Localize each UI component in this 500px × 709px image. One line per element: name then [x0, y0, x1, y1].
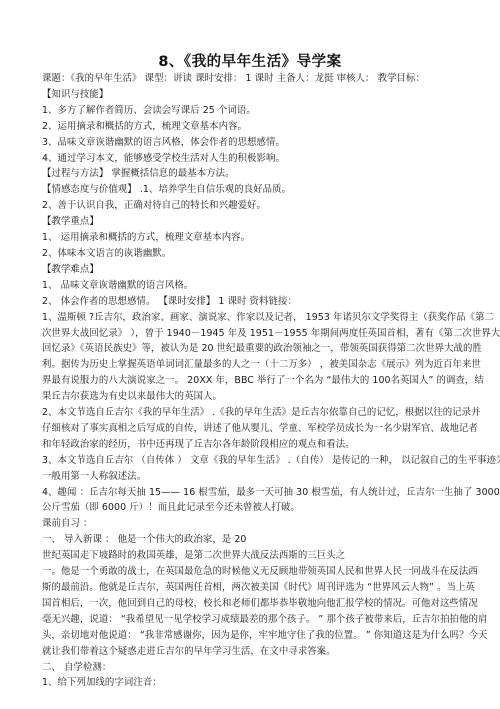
- intro-line: 一、 导入新课 ： 他是一个伟大的政治家，是 20: [42, 532, 462, 548]
- material-line: 仔细核对了事实真相之后写成的自传，讲述了他从婴儿、学童、军校学员成长为一名少尉军…: [42, 421, 462, 437]
- material-line: 1、温斯顿 ?丘吉尔，政治家、画家、演说家、作家以及记者， 1953 年诺贝尔文…: [42, 310, 462, 326]
- document-title: 8、《我的早年生活》导学案: [0, 50, 500, 71]
- material-line: 3、本文节选自丘吉尔 （自传体 ） 文章《我的早年生活》 .（自传） 是传记的一…: [42, 453, 462, 469]
- knowledge-item: 3、品味文章诙谐幽默的语言风格，体会作者的思想感情。: [42, 135, 462, 151]
- knowledge-item: 4、通过学习本文，能够感受学校生活对人生的积极影响。: [42, 151, 462, 167]
- material-line: 次世界大战回忆录》 ），曾于 1940－1945 年及 1951－1955 年期…: [42, 326, 462, 342]
- material-line: 4、趣闻 ：丘吉尔每天抽 15—— 16 根雪茄，最多一天可抽 30 根雪茄，有…: [42, 485, 462, 501]
- document-body: 课题：《我的早年生活》 课型：讲读 课时安排： 1 课时 主备人：龙挺 审核人：…: [42, 71, 462, 691]
- intro-line: 头，亲切地对他说道： “我非常感谢你，因为是你，牢牢地守住了我的位置。 ” 你知…: [42, 628, 462, 644]
- preview-heading: 课前自习 ：: [42, 516, 462, 532]
- intro-line: 一。他是一个勇敢的战士，在英国最危急的时候他义无反顾地带领英国人民和世界人民一同…: [42, 564, 462, 580]
- knowledge-heading: 【知识与技能】: [42, 87, 462, 103]
- intro-line: 就让我们带着这个疑惑走进丘吉尔的早年学习生活，在文中寻求答案。: [42, 644, 462, 660]
- intro-line: 国首相后，一次，他回到自己的母校，校长和老师们都毕恭毕敬地向他汇报学校的情况。可…: [42, 596, 462, 612]
- teaching-key-item: 2、体味本文语言的诙谐幽默。: [42, 246, 462, 262]
- intro-line: 世纪英国走下坡路时的救国英雄，是第二次世界大战反法西斯的三巨头之: [42, 548, 462, 564]
- material-line: 一般用第一人称叙述法。: [42, 469, 462, 485]
- process-method-line: 【过程与方法】 掌握概括信息的最基本方法。: [42, 166, 462, 182]
- material-line: 2、本文节选自丘吉尔《我的早年生活》 .《我的早年生活》是丘吉尔依靠自己的记忆，…: [42, 405, 462, 421]
- emotion-values-item: 2、善于认识自我，正确对待自己的特长和兴趣爱好。: [42, 198, 462, 214]
- material-line: 界最有说服力的八大演说家之一。 20XX 年，BBC 举行了一个名为 “最伟大的…: [42, 373, 462, 389]
- material-line: 公斤雪茄（即 6000 斤）！而且此记录至今还未曾被人打破。: [42, 500, 462, 516]
- material-line: 果丘吉尔获选为有史以来最伟大的英国人。: [42, 389, 462, 405]
- intro-line: 斯的最前沿。他就是丘吉尔，英国两任首相，两次被美国《时代》周刊评选为 “世界风云…: [42, 580, 462, 596]
- intro-line: 毫无兴趣，说道： “我希望见一见学校学习成绩最差的那个孩子。 ” 那个孩子被带来…: [42, 612, 462, 628]
- knowledge-item: 2、运用摘录和概括的方式，梳理文章基本内容。: [42, 119, 462, 135]
- emotion-values-line: 【情感态度与价值观】 .1、培养学生自信乐观的良好品质。: [42, 182, 462, 198]
- teaching-difficulty-item: 2、 体会作者的思想感情。 【课时安排】 1 课时 资料链接：: [42, 294, 462, 310]
- teaching-difficulty-heading: 【教学难点】: [42, 262, 462, 278]
- document-page: 8、《我的早年生活》导学案 课题：《我的早年生活》 课型：讲读 课时安排： 1 …: [0, 0, 500, 709]
- knowledge-item: 1、多方了解作者简历、会读会写课后 25 个词语。: [42, 103, 462, 119]
- material-line: 回忆录》《英语民族史》等，被认为是 20 世纪最重要的政治领袖之一，带领英国获得…: [42, 341, 462, 357]
- self-check-item: 1、给下列加线的字词注音：: [42, 675, 462, 691]
- self-check-heading: 二、 自学检测：: [42, 660, 462, 676]
- teaching-key-heading: 【教学重点】: [42, 214, 462, 230]
- teaching-key-item: 1、 运用摘录和概括的方式，梳理文章基本内容。: [42, 230, 462, 246]
- teaching-difficulty-item: 1、 品味文章诙谐幽默的语言风格。: [42, 278, 462, 294]
- lesson-meta-line: 课题：《我的早年生活》 课型：讲读 课时安排： 1 课时 主备人：龙挺 审核人：…: [42, 71, 462, 87]
- material-line: 和年轻政治家的经历，书中还再现了丘吉尔各年龄阶段相应的观点和看法。: [42, 437, 462, 453]
- material-line: 利。据传为历史上掌握英语单词词汇量最多的人之一（十二万多） ，被美国杂志《展示》…: [42, 357, 462, 373]
